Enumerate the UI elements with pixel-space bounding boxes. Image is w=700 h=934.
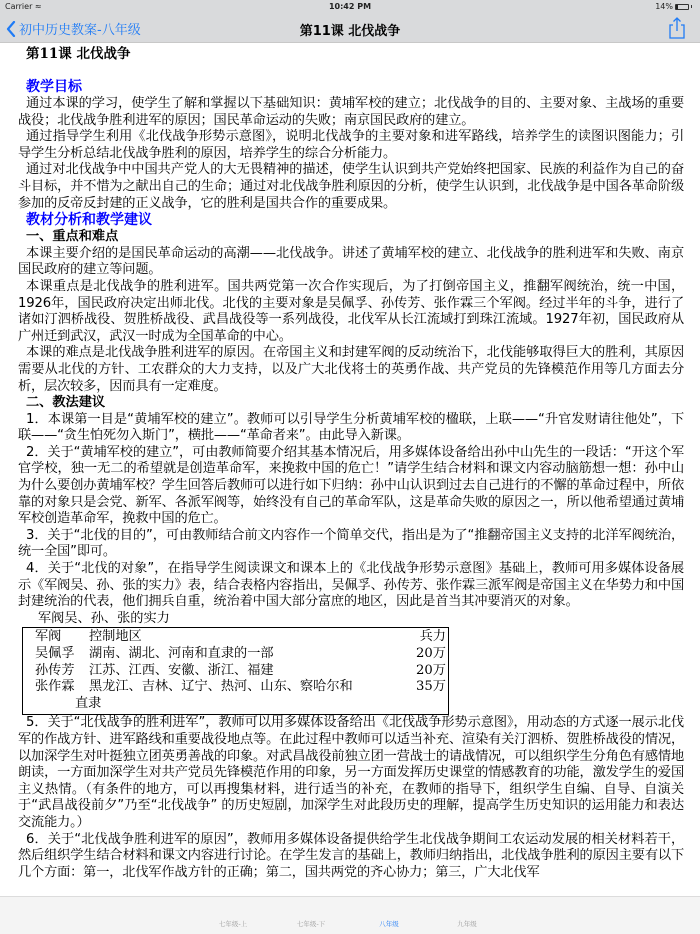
back-button-label: 初中历史教案-八年级 [19,19,141,38]
table-header: 控制地区 [85,629,412,646]
paragraph: 5．关于“北伐战争的胜利进军”，教师可以用多媒体设备给出《北伐战争形势示意图》，… [18,715,684,831]
battery-percent: 14% [655,2,673,11]
battery-icon [675,4,689,10]
status-bar: Carrier ≈ 10:42 PM 14% [0,0,700,14]
grade-tab-bar: 七年级-上 七年级-下 八年级 九年级 [0,896,700,934]
table-header-row: 军阀 控制地区 兵力 [23,629,448,646]
table-row-wrap: 直隶 [23,696,448,713]
paragraph: 本课重点是北伐战争的胜利进军。国共两党第一次合作实现后，为了打倒帝国主义，推翻军… [18,279,684,345]
table-cell: 20万 [412,663,448,680]
tab-grade7-first[interactable]: 七年级-上 [194,919,272,928]
paragraph: 本课的难点是北伐战争胜利进军的原因。在帝国主义和封建军阀的反动统治下，北伐能够取… [18,345,684,395]
navigation-bar: 初中历史教案-八年级 第11课 北伐战争 [0,14,700,43]
paragraph: 通过指导学生利用《北伐战争形势示意图》，说明北伐战争的主要对象和进军路线，培养学… [18,129,684,162]
paragraph: 本课主要介绍的是国民革命运动的高潮——北伐战争。讲述了黄埔军校的建立、北伐战争的… [18,246,684,279]
table-cell: 吴佩孚 [23,646,85,663]
table-cell: 黑龙江、吉林、辽宁、热河、山东、察哈尔和 [85,679,412,696]
table-header: 军阀 [23,629,85,646]
table-caption: 军阀吴、孙、张的实力 [18,611,684,628]
share-button[interactable] [666,16,688,40]
tab-grade9[interactable]: 九年级 [428,919,506,928]
document-title: 第11课 北伐战争 [18,46,684,62]
paragraph: 通过本课的学习，使学生了解和掌握以下基础知识：黄埔军校的建立；北伐战争的目的、主… [18,96,684,129]
paragraph: 4．关于“北伐的对象”，在指导学生阅读课文和课本上的《北伐战争形势示意图》基础上… [18,561,684,611]
table-cell: 孙传芳 [23,663,85,680]
table-cell: 直隶 [23,696,101,713]
document-content[interactable]: 第11课 北伐战争 教学目标 通过本课的学习，使学生了解和掌握以下基础知识：黄埔… [0,44,700,896]
battery-indicator: 14% [655,2,692,11]
chevron-left-icon [6,21,16,37]
paragraph: 1．本课第一目是“黄埔军校的建立”。教师可以引导学生分析黄埔军校的楹联，上联——… [18,412,684,445]
subheading-teaching-methods: 二、教法建议 [18,395,684,412]
section-heading-teaching-goals: 教学目标 [18,79,684,96]
paragraph: 2．关于“黄埔军校的建立”，可由教师简要介绍其基本情况后，用多媒体设备给出孙中山… [18,445,684,528]
paragraph: 6．关于“北伐战争胜利进军的原因”，教师用多媒体设备提供给学生北伐战争期间工农运… [18,832,684,882]
warlord-strength-table: 军阀 控制地区 兵力 吴佩孚 湖南、湖北、河南和直隶的一部 20万 孙传芳 江苏… [22,627,449,715]
table-row: 吴佩孚 湖南、湖北、河南和直隶的一部 20万 [23,646,448,663]
table-cell: 江苏、江西、安徽、浙江、福建 [85,663,412,680]
table-cell: 张作霖 [23,679,85,696]
paragraph: 3．关于“北伐的目的”，可由教师结合前文内容作一个简单交代，指出是为了“推翻帝国… [18,528,684,561]
subheading-key-points: 一、重点和难点 [18,229,684,246]
tab-grade7-second[interactable]: 七年级-下 [272,919,350,928]
paragraph: 通过对北伐战争中中国共产党人的大无畏精神的描述，使学生认识到共产党始终把国家、民… [18,162,684,212]
tab-grade8[interactable]: 八年级 [350,919,428,928]
share-icon [666,16,688,40]
table-cell: 湖南、湖北、河南和直隶的一部 [85,646,412,663]
clock: 10:42 PM [0,2,700,11]
table-cell: 20万 [412,646,448,663]
table-row: 张作霖 黑龙江、吉林、辽宁、热河、山东、察哈尔和 35万 [23,679,448,696]
section-heading-analysis: 教材分析和教学建议 [18,212,684,229]
back-button[interactable]: 初中历史教案-八年级 [6,19,141,38]
table-row: 孙传芳 江苏、江西、安徽、浙江、福建 20万 [23,663,448,680]
table-header: 兵力 [412,629,448,646]
table-cell: 35万 [412,679,448,696]
top-bar: Carrier ≈ 10:42 PM 14% 初中历史教案-八年级 第11课 北… [0,0,700,43]
